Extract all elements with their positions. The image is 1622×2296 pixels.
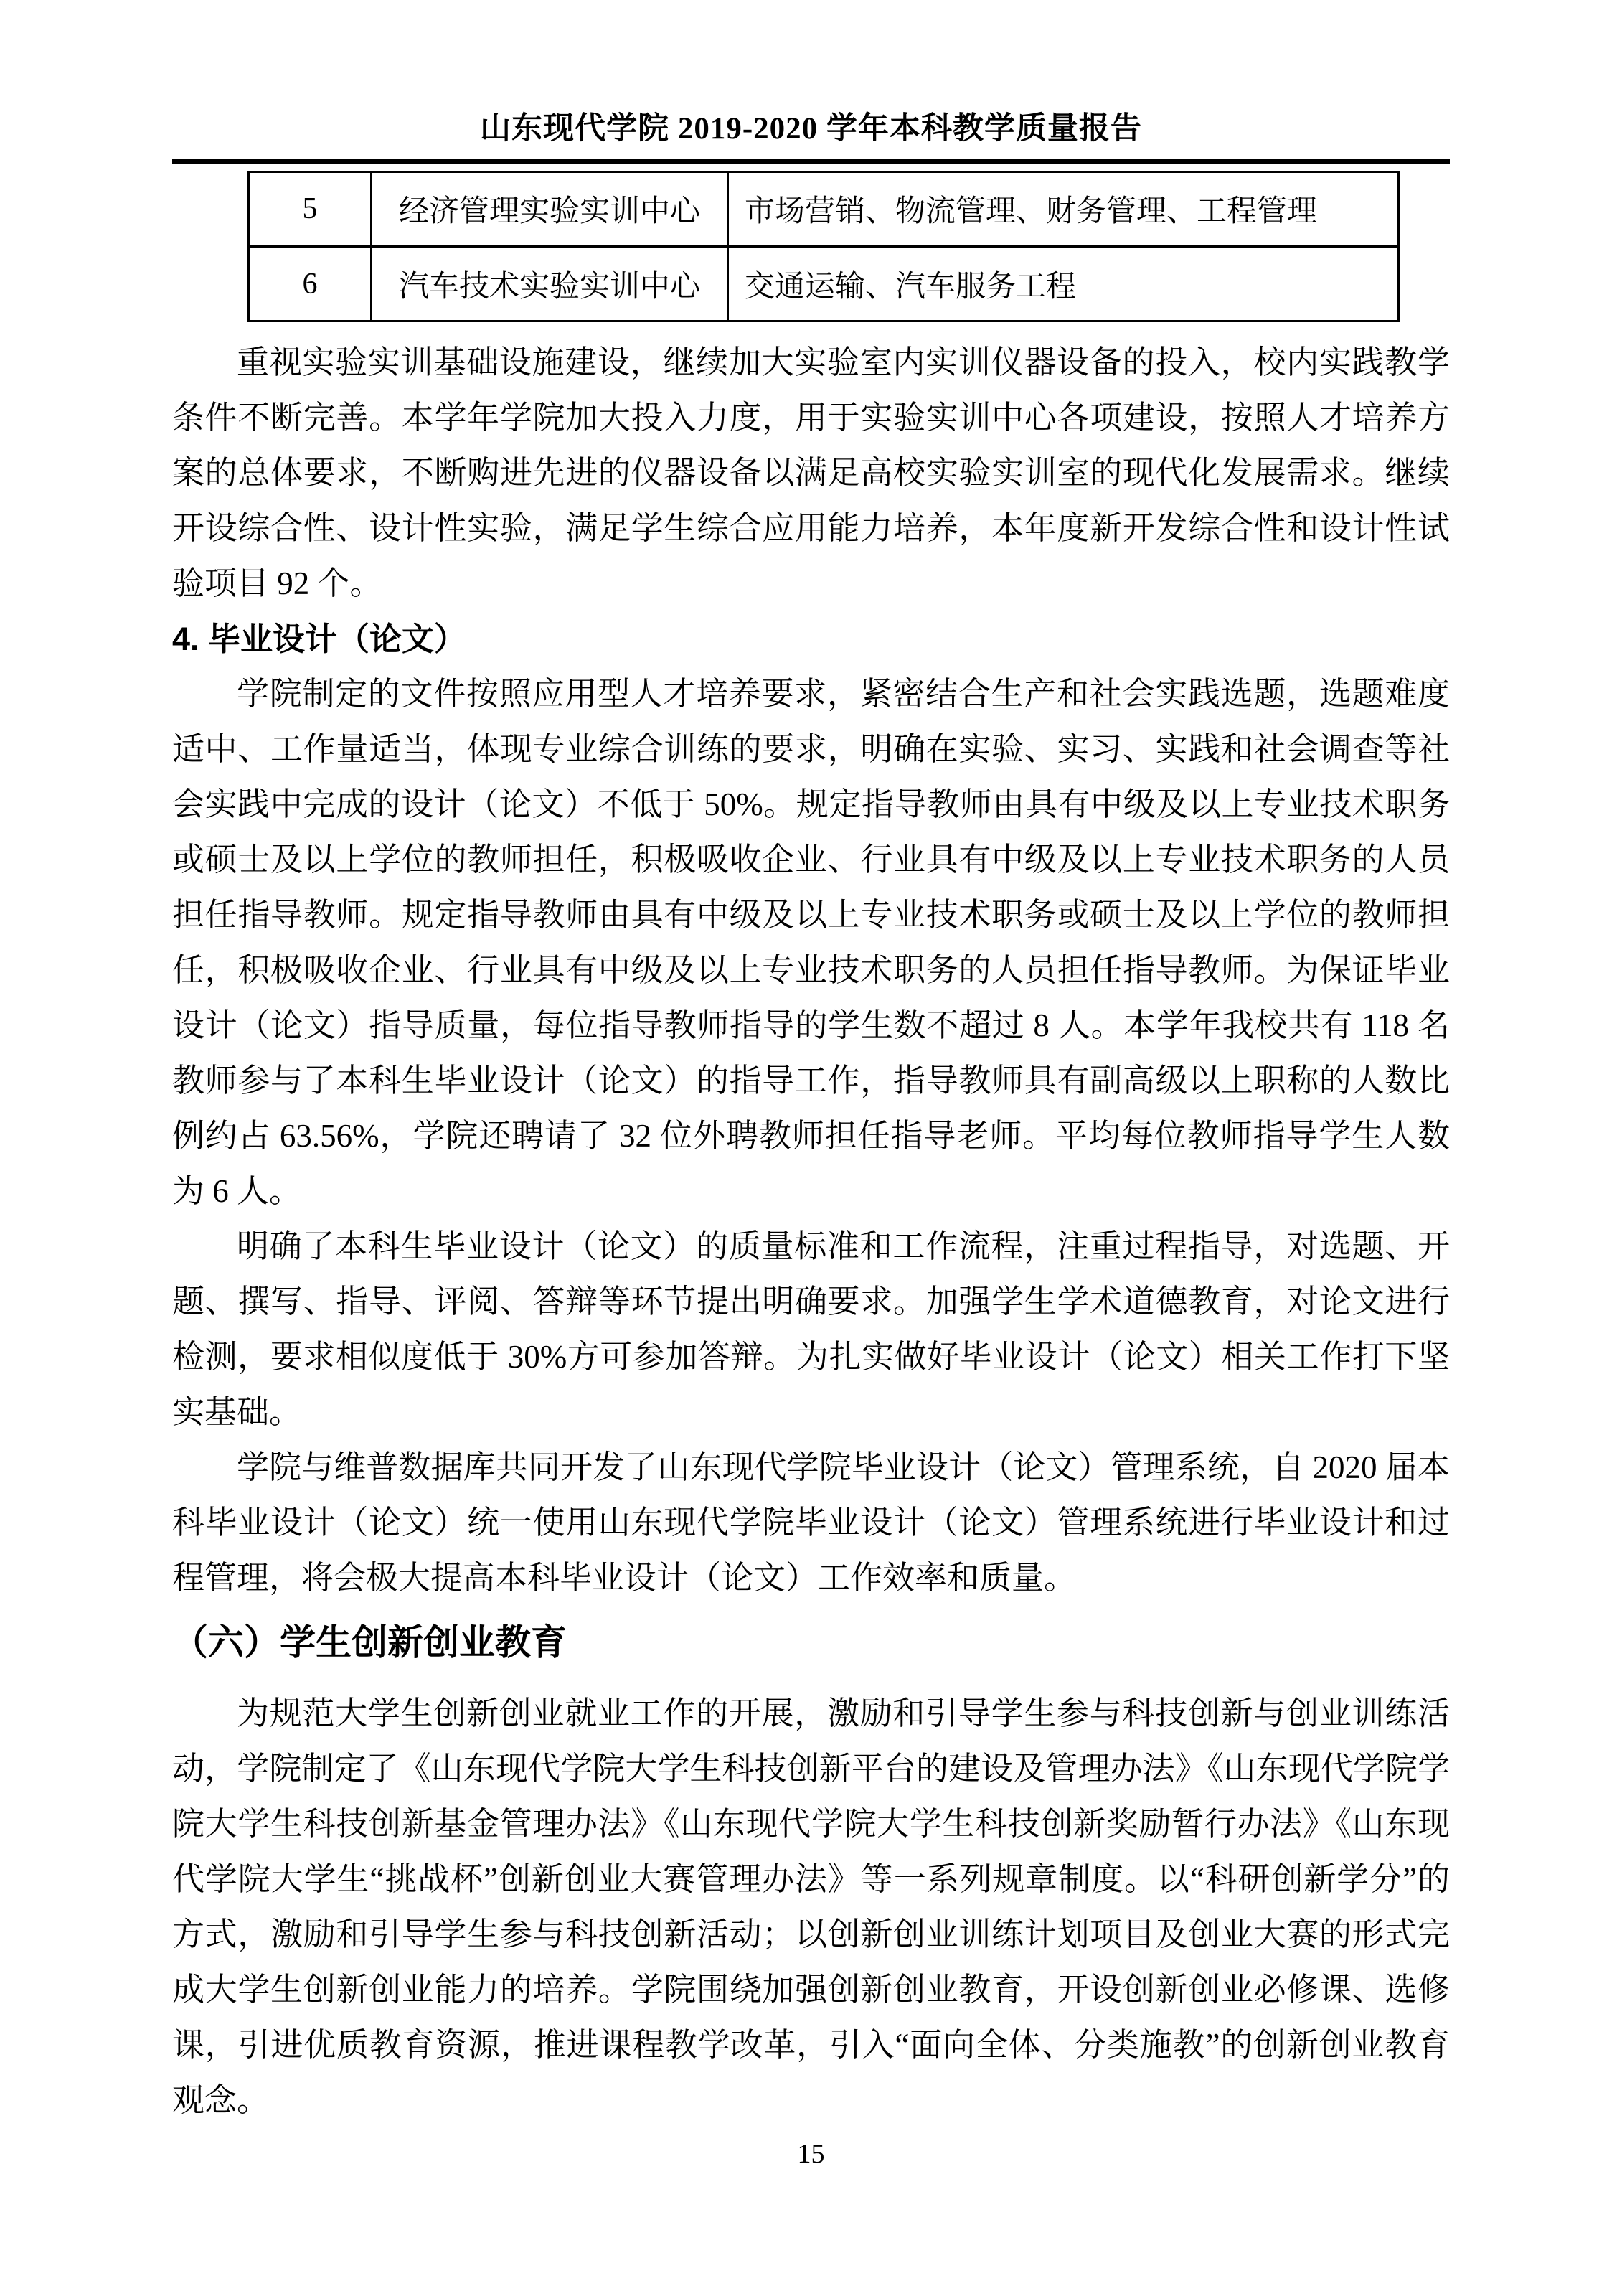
majors-cell: 交通运输、汽车服务工程 — [728, 247, 1399, 321]
paragraph-innovation-education: 为规范大学生创新创业就业工作的开展，激励和引导学生参与科技创新与创业训练活动，学… — [172, 1686, 1450, 2128]
paragraph-thesis-management-system: 学院与维普数据库共同开发了山东现代学院毕业设计（论文）管理系统，自 2020 届… — [172, 1440, 1450, 1606]
paragraph-labs-investment: 重视实验实训基础设施建设，继续加大实验室内实训仪器设备的投入，校内实践教学条件不… — [172, 335, 1450, 611]
training-centers-table-body: 5 经济管理实验实训中心 市场营销、物流管理、财务管理、工程管理 6 汽车技术实… — [249, 172, 1399, 321]
table-row: 6 汽车技术实验实训中心 交通运输、汽车服务工程 — [249, 247, 1399, 321]
training-centers-table: 5 经济管理实验实训中心 市场营销、物流管理、财务管理、工程管理 6 汽车技术实… — [247, 171, 1400, 322]
paragraph-thesis-supervision: 学院制定的文件按照应用型人才培养要求，紧密结合生产和社会实践选题，选题难度适中、… — [172, 667, 1450, 1219]
majors-cell: 市场营销、物流管理、财务管理、工程管理 — [728, 172, 1399, 247]
heading-graduation-design: 4. 毕业设计（论文） — [172, 611, 1450, 667]
page-content: 山东现代学院 2019-2020 学年本科教学质量报告 5 经济管理实验实训中心… — [0, 0, 1622, 2170]
table-row: 5 经济管理实验实训中心 市场营销、物流管理、财务管理、工程管理 — [249, 172, 1399, 247]
report-page: 山东现代学院 2019-2020 学年本科教学质量报告 5 经济管理实验实训中心… — [0, 0, 1622, 2296]
header-rule — [172, 159, 1450, 164]
row-index-cell: 5 — [249, 172, 372, 247]
center-name-cell: 汽车技术实验实训中心 — [371, 247, 728, 321]
document-header-title: 山东现代学院 2019-2020 学年本科教学质量报告 — [172, 0, 1450, 149]
paragraph-thesis-quality-standards: 明确了本科生毕业设计（论文）的质量标准和工作流程，注重过程指导，对选题、开题、撰… — [172, 1219, 1450, 1440]
row-index-cell: 6 — [249, 247, 372, 321]
heading-innovation-entrepreneurship-education: （六）学生创新创业教育 — [172, 1617, 1450, 1667]
page-number: 15 — [172, 2138, 1450, 2170]
center-name-cell: 经济管理实验实训中心 — [371, 172, 728, 247]
